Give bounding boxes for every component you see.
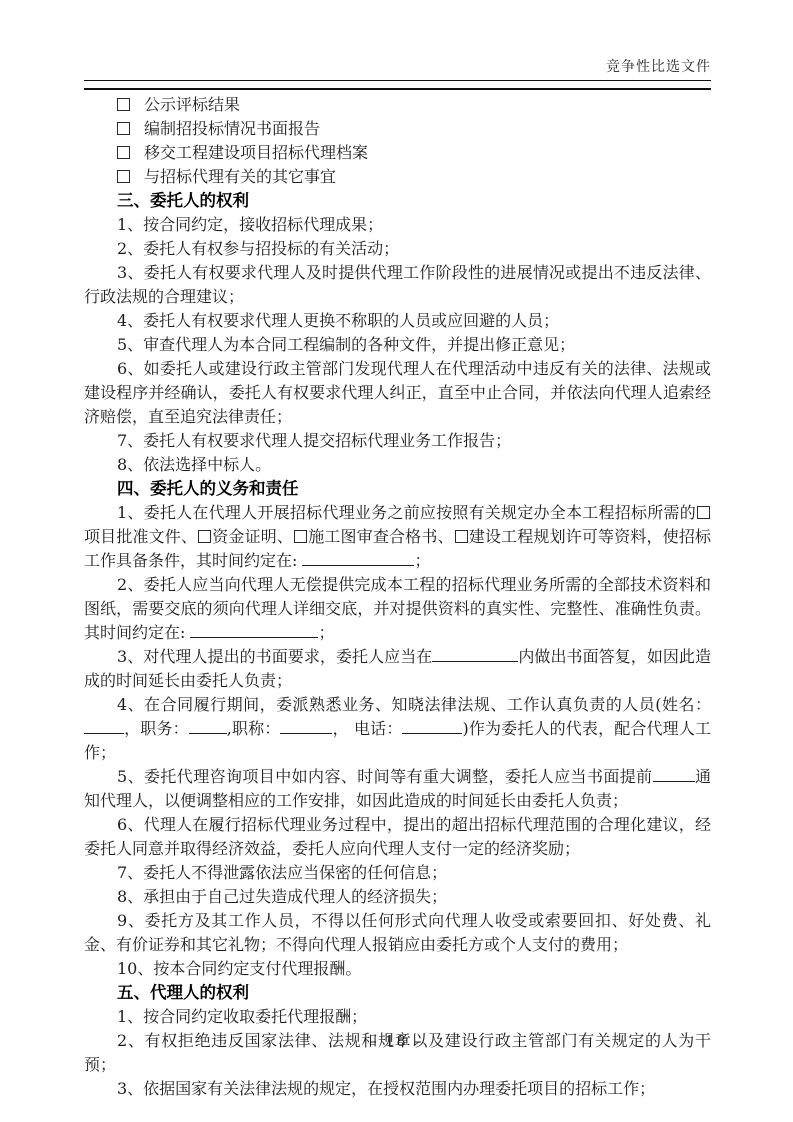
page-footer: – 18 – — [0, 1034, 793, 1050]
clause-text: 3、委托人有权要求代理人及时提供代理工作阶段性的进展情况或提出不违反法律、行政法… — [84, 263, 711, 306]
checklist-item: 与招标代理有关的其它事宜 — [84, 165, 711, 189]
contract-clause: 3、对代理人提出的书面要求，委托人应当在内做出书面答复，如因此造成的时间延长由委… — [84, 645, 711, 693]
fill-in-blank — [190, 622, 318, 638]
contract-sections: 三、委托人的权利1、按合同约定，接收招标代理成果；2、委托人有权参与招投标的有关… — [84, 189, 711, 1101]
clause-text: 6、如委托人或建设行政主管部门发现代理人在代理活动中违反有关的法律、法规或建设程… — [84, 359, 711, 426]
clause-text: 2、委托人有权参与招投标的有关活动； — [117, 239, 399, 258]
clause-text: 3、依据国家有关法律法规的规定，在授权范围内办理委托项目的招标工作； — [117, 1079, 655, 1098]
clause-text: ； — [414, 551, 430, 570]
checklist-item-label: 与招标代理有关的其它事宜 — [144, 167, 336, 186]
section-heading: 四、委托人的义务和责任 — [84, 477, 711, 501]
clause-text: 施工图审查合格书、 — [308, 527, 454, 546]
fill-in-blank — [432, 646, 518, 662]
clause-text: 9、委托方及其工作人员，不得以任何形式向代理人收受或索要回扣、好处费、礼金、有价… — [84, 911, 711, 954]
page-content: 竞争性比选文件 公示评标结果编制招投标情况书面报告移交工程建设项目招标代理档案与… — [84, 56, 711, 1101]
fill-in-blank — [402, 718, 462, 734]
contract-clause: 9、委托方及其工作人员，不得以任何形式向代理人收受或索要回扣、好处费、礼金、有价… — [84, 909, 711, 957]
document-body: 公示评标结果编制招投标情况书面报告移交工程建设项目招标代理档案与招标代理有关的其… — [84, 93, 711, 1101]
checkbox-icon — [455, 530, 468, 543]
contract-clause: 5、审查代理人为本合同工程编制的各种文件，并提出修正意见； — [84, 333, 711, 357]
contract-clause: 10、按本合同约定支付代理报酬。 — [84, 957, 711, 981]
fill-in-blank — [653, 766, 695, 782]
clause-text: ,职称： — [227, 719, 281, 738]
fill-in-blank — [189, 718, 227, 734]
checklist-item: 移交工程建设项目招标代理档案 — [84, 141, 711, 165]
contract-clause: 8、承担由于自己过失造成代理人的经济损失； — [84, 885, 711, 909]
clause-text: 7、委托人不得泄露依法应当保密的任何信息； — [117, 863, 447, 882]
contract-clause: 7、委托人有权要求代理人提交招标代理业务工作报告； — [84, 429, 711, 453]
page-header: 竞争性比选文件 — [84, 56, 711, 90]
checklist-item: 公示评标结果 — [84, 93, 711, 117]
checkbox-icon — [697, 506, 710, 519]
contract-clause: 3、委托人有权要求代理人及时提供代理工作阶段性的进展情况或提出不违反法律、行政法… — [84, 261, 711, 309]
contract-clause: 6、代理人在履行招标代理业务过程中，提出的超出招标代理范围的合理化建议，经委托人… — [84, 813, 711, 861]
checklist-item-label: 移交工程建设项目招标代理档案 — [144, 143, 368, 162]
clause-text: 1、按合同约定收取委托代理报酬； — [117, 1007, 367, 1026]
clause-text: 1、按合同约定，接收招标代理成果； — [117, 215, 383, 234]
contract-clause: 5、委托代理咨询项目中如内容、时间等有重大调整，委托人应当书面提前通知代理人，以… — [84, 765, 711, 813]
clause-text: 4、在合同履行期间，委派熟悉业务、知晓法律法规、工作认真负责的人员(姓名： — [117, 695, 711, 714]
clause-text: 6、代理人在履行招标代理业务过程中，提出的超出招标代理范围的合理化建议，经委托人… — [84, 815, 711, 858]
page-number: – 18 – — [369, 1034, 423, 1050]
checkbox-icon — [198, 530, 211, 543]
header-title: 竞争性比选文件 — [84, 56, 711, 76]
checklist-item: 编制招投标情况书面报告 — [84, 117, 711, 141]
contract-clause: 2、委托人应当向代理人无偿提供完成本工程的招标代理业务所需的全部技术资料和图纸，… — [84, 573, 711, 645]
clause-text: 10、按本合同约定支付代理报酬。 — [117, 959, 361, 978]
clause-text: 2、委托人应当向代理人无偿提供完成本工程的招标代理业务所需的全部技术资料和图纸，… — [84, 575, 711, 642]
contract-clause: 1、按合同约定，接收招标代理成果； — [84, 213, 711, 237]
contract-clause: 3、依据国家有关法律法规的规定，在授权范围内办理委托项目的招标工作； — [84, 1077, 711, 1101]
contract-clause: 1、委托人在代理人开展招标代理业务之前应按照有关规定办全本工程招标所需的项目批准… — [84, 501, 711, 573]
fill-in-blank — [302, 550, 414, 566]
clause-text: 7、委托人有权要求代理人提交招标代理业务工作报告； — [117, 431, 511, 450]
contract-clause: 8、依法选择中标人。 — [84, 453, 711, 477]
contract-clause: 2、委托人有权参与招投标的有关活动； — [84, 237, 711, 261]
clause-text: 资金证明、 — [212, 527, 293, 546]
fill-in-blank — [84, 718, 124, 734]
clause-text: 项目批准文件、 — [84, 527, 197, 546]
contract-clause: 6、如委托人或建设行政主管部门发现代理人在代理活动中违反有关的法律、法规或建设程… — [84, 357, 711, 429]
contract-clause: 7、委托人不得泄露依法应当保密的任何信息； — [84, 861, 711, 885]
clause-text: ； — [318, 623, 334, 642]
document-page: 竞争性比选文件 公示评标结果编制招投标情况书面报告移交工程建设项目招标代理档案与… — [0, 0, 793, 1122]
header-rule — [84, 80, 711, 90]
checkbox-icon — [294, 530, 307, 543]
checkbox-icon — [117, 170, 130, 183]
clause-text: 8、承担由于自己过失造成代理人的经济损失； — [117, 887, 447, 906]
fill-in-blank — [280, 718, 332, 734]
clause-text: 3、对代理人提出的书面要求，委托人应当在 — [117, 647, 432, 666]
clause-text: 5、审查代理人为本合同工程编制的各种文件，并提出修正意见； — [117, 335, 575, 354]
clause-text: 8、依法选择中标人。 — [117, 455, 271, 474]
checklist-item-label: 编制招投标情况书面报告 — [144, 119, 320, 138]
contract-clause: 4、在合同履行期间，委派熟悉业务、知晓法律法规、工作认真负责的人员(姓名：，职务… — [84, 693, 711, 765]
section-heading: 五、代理人的权利 — [84, 981, 711, 1005]
checkbox-icon — [117, 146, 130, 159]
checkbox-task-list: 公示评标结果编制招投标情况书面报告移交工程建设项目招标代理档案与招标代理有关的其… — [84, 93, 711, 189]
contract-clause: 1、按合同约定收取委托代理报酬； — [84, 1005, 711, 1029]
checkbox-icon — [117, 98, 130, 111]
clause-text: ，职务： — [124, 719, 189, 738]
section-heading: 三、委托人的权利 — [84, 189, 711, 213]
checklist-item-label: 公示评标结果 — [144, 95, 240, 114]
contract-clause: 4、委托人有权要求代理人更换不称职的人员或应回避的人员； — [84, 309, 711, 333]
clause-text: 4、委托人有权要求代理人更换不称职的人员或应回避的人员； — [117, 311, 559, 330]
clause-text: ， 电话： — [332, 719, 402, 738]
clause-text: 1、委托人在代理人开展招标代理业务之前应按照有关规定办全本工程招标所需的 — [117, 503, 696, 522]
checkbox-icon — [117, 122, 130, 135]
clause-text: 5、委托代理咨询项目中如内容、时间等有重大调整，委托人应当书面提前 — [117, 767, 653, 786]
